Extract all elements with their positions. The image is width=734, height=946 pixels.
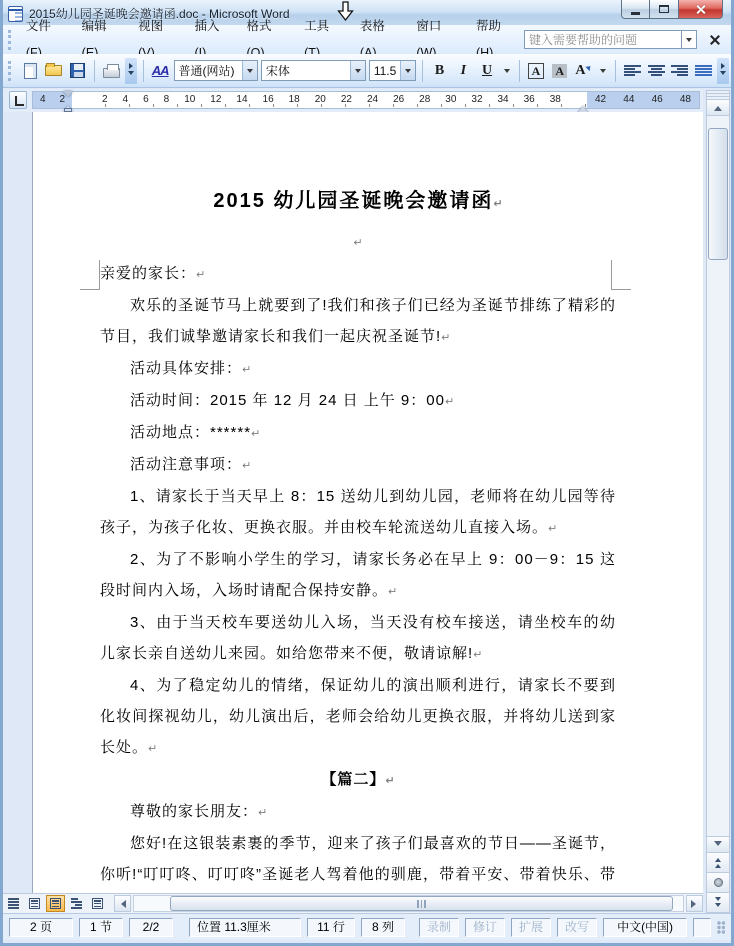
ruler-number: 38 (550, 92, 561, 108)
chevron-down-icon (128, 71, 134, 78)
print-button[interactable] (101, 60, 122, 82)
character-scaling-dropdown-button[interactable] (597, 60, 609, 82)
paragraph-mark: ↵ (445, 395, 454, 408)
save-disk-icon (70, 63, 85, 78)
ruler-number: 48 (680, 92, 691, 108)
line-number-indicator: 11 行 (307, 918, 355, 937)
menu-bar: 文件(F)编辑(E)视图(V)插入(I)格式(O)工具(T)表格(A)窗口(W)… (3, 25, 731, 54)
mode-toggle-button[interactable]: 录制 (419, 918, 459, 937)
arrow-left-icon (117, 900, 126, 908)
reading-layout-icon (92, 898, 103, 909)
character-shading-button[interactable]: A (549, 60, 570, 82)
separator (143, 60, 144, 82)
arrow-right-icon (691, 900, 700, 908)
italic-button[interactable]: I (453, 60, 474, 82)
ruler-number: 36 (524, 92, 535, 108)
doc-paragraph: 活动地点：******↵ (100, 417, 616, 449)
align-center-icon (648, 64, 665, 78)
formatting-toolbar-options-button[interactable] (717, 58, 729, 84)
horizontal-scrollbar-row (3, 893, 703, 913)
toolbar-grip[interactable] (8, 61, 13, 81)
character-shading-icon: A (552, 64, 567, 78)
chevron-down-icon (504, 69, 510, 76)
printer-icon (103, 68, 120, 78)
paragraph-mark: ↵ (242, 459, 251, 472)
paragraph-text: 活动注意事项： (130, 456, 242, 473)
bold-button[interactable]: B (429, 60, 450, 82)
section-indicator: 1 节 (79, 918, 123, 937)
separator (519, 60, 520, 82)
doc-paragraph: 欢乐的圣诞节马上就要到了!我们和孩子们已经为圣诞节排练了精彩的节目，我们诚挚邀请… (100, 290, 616, 353)
maximize-icon (659, 5, 669, 13)
character-scaling-button[interactable]: A (573, 60, 594, 82)
toolbar-grip[interactable] (8, 30, 13, 50)
ruler-number: 24 (367, 92, 378, 108)
italic-icon: I (461, 63, 466, 79)
web-layout-icon (29, 898, 40, 909)
paragraph-text: 尊敬的家长朋友： (130, 803, 258, 820)
scroll-down-button[interactable] (707, 836, 729, 852)
help-question-box (524, 30, 731, 49)
paragraph-text: 您好!在这银装素裹的季节，迎来了孩子们最喜欢的节日——圣诞节，你听!“叮叮咚、叮… (100, 835, 616, 893)
doc-paragraph: 【篇二】↵ (100, 764, 616, 796)
horizontal-ruler: 42 2468101214161820222426283032343638 42… (32, 91, 700, 109)
double-arrow-down-icon (715, 897, 721, 908)
character-border-button[interactable]: A (526, 60, 547, 82)
distributed-align-icon (695, 64, 712, 78)
save-button[interactable] (67, 60, 88, 82)
open-folder-icon (45, 65, 62, 76)
scroll-up-button[interactable] (707, 100, 729, 116)
mode-toggle-button[interactable]: 改写 (557, 918, 597, 937)
help-question-input[interactable] (524, 30, 682, 49)
scroll-left-button[interactable] (114, 895, 131, 912)
character-border-icon: A (528, 63, 545, 79)
ruler-number: 4 (40, 92, 46, 108)
doc-paragraph: 您好!在这银装素裹的季节，迎来了孩子们最喜欢的节日——圣诞节，你听!“叮叮咚、叮… (100, 828, 616, 893)
doc-paragraph: 亲爱的家长：↵ (100, 258, 616, 290)
font-value: 宋体 (262, 62, 350, 79)
double-arrow-up-icon (715, 857, 721, 868)
spelling-status-panel (693, 918, 711, 937)
mouse-cursor (337, 1, 354, 27)
vertical-scroll-track[interactable] (707, 116, 729, 836)
paragraph-text: 3、由于当天校车要送幼儿入场，当天没有校车接送，请坐校车的幼儿家长亲自送幼儿来园… (100, 614, 616, 662)
next-page-button[interactable] (707, 892, 729, 912)
ruler-number: 16 (263, 92, 274, 108)
window-controls (621, 0, 723, 19)
ruler-number: 32 (471, 92, 482, 108)
paragraph-mark: ↵ (258, 806, 267, 819)
reading-layout-view-button[interactable] (88, 895, 107, 912)
styles-icon: AA (152, 63, 169, 78)
paragraph-mark: ↵ (493, 197, 502, 210)
underline-button[interactable]: U (477, 60, 498, 82)
bold-icon: B (435, 63, 444, 79)
document-area: 2015 幼儿园圣诞晚会邀请函↵ ↵ 亲爱的家长：↵ 欢乐的圣诞节马上就要到了!… (3, 112, 703, 893)
paragraph-mark: ↵ (473, 648, 482, 661)
chevron-right-icon (129, 63, 136, 69)
margin-crop-mark-left (80, 260, 100, 290)
ruler-number: 30 (445, 92, 456, 108)
chevron-down-icon (405, 69, 411, 76)
print-layout-icon (50, 898, 61, 909)
close-document-button[interactable] (707, 32, 723, 48)
ruler-number: 26 (393, 92, 404, 108)
minimize-button[interactable] (621, 0, 650, 19)
column-number-indicator: 8 列 (361, 918, 405, 937)
align-center-button[interactable] (646, 60, 667, 82)
previous-page-button[interactable] (707, 852, 729, 872)
paragraph-text: 4、为了稳定幼儿的情绪，保证幼儿的演出顺利进行，请家长不要到化妆间探视幼儿，幼儿… (100, 677, 616, 756)
font-size-combo[interactable]: 11.5 (369, 60, 416, 81)
doc-paragraph: 2015 幼儿园圣诞晚会邀请函↵ (100, 182, 616, 222)
underline-icon: U (482, 63, 492, 79)
ruler-number: 10 (184, 92, 195, 108)
separator (615, 60, 616, 82)
maximize-button[interactable] (650, 0, 678, 19)
paragraph-text: 1、请家长于当天早上 8：15 送幼儿到幼儿园，老师将在幼儿园等待孩子，为孩子化… (100, 488, 616, 536)
arrow-up-icon (714, 102, 722, 111)
new-document-button[interactable] (20, 60, 41, 82)
vertical-scrollbar (706, 90, 730, 913)
resize-grip[interactable] (717, 921, 725, 934)
paragraph-mark: ↵ (388, 585, 397, 598)
underline-dropdown-button[interactable] (500, 60, 512, 82)
tab-stop-selector[interactable] (9, 91, 27, 109)
doc-paragraph: 活动具体安排：↵ (100, 353, 616, 385)
chevron-right-icon (721, 63, 728, 69)
standard-toolbar-options-button[interactable] (125, 58, 137, 84)
ruler-number: 14 (236, 92, 247, 108)
separator (422, 60, 423, 82)
doc-paragraph: 4、为了稳定幼儿的情绪，保证幼儿的演出顺利进行，请家长不要到化妆间探视幼儿，幼儿… (100, 670, 616, 764)
font-size-dropdown-button[interactable] (400, 61, 415, 80)
ruler-number: 20 (315, 92, 326, 108)
doc-paragraph: 活动时间：2015 年 12 月 24 日 上午 9：00↵ (100, 385, 616, 417)
arrow-down-icon (714, 841, 722, 850)
paragraph-mark: ↵ (196, 268, 205, 281)
page-of-total-indicator: 2/2 (129, 918, 173, 937)
paragraph-text: 活动时间：2015 年 12 月 24 日 上午 9：00 (130, 392, 445, 409)
align-right-icon (671, 64, 688, 78)
doc-paragraph: 2、为了不影响小学生的学习，请家长务必在早上 9：00－9：15 这段时间内入场… (100, 544, 616, 607)
print-layout-view-button[interactable] (46, 895, 65, 912)
chevron-down-icon (720, 71, 726, 78)
doc-paragraph: 活动注意事项：↵ (100, 449, 616, 481)
doc-paragraph: ↵ (100, 226, 616, 258)
distributed-align-button[interactable] (693, 60, 714, 82)
align-right-button[interactable] (669, 60, 690, 82)
horizontal-scroll-thumb[interactable] (170, 896, 673, 911)
chevron-down-icon (355, 69, 361, 76)
ruler-number: 2 (102, 92, 108, 108)
split-window-handle[interactable] (707, 91, 729, 100)
ruler-text-area: 2468101214161820222426283032343638 (72, 92, 587, 108)
chevron-down-icon (600, 69, 606, 76)
web-layout-view-button[interactable] (25, 895, 44, 912)
vertical-scroll-thumb[interactable] (708, 128, 728, 260)
ruler-number: 22 (341, 92, 352, 108)
paragraph-text: 欢乐的圣诞节马上就要到了!我们和孩子们已经为圣诞节排练了精彩的节目，我们诚挚邀请… (100, 297, 616, 345)
ruler-row: 42 2468101214161820222426283032343638 42… (3, 89, 703, 112)
close-icon (695, 4, 706, 15)
paragraph-mark: ↵ (548, 522, 557, 535)
style-value: 普通(网站) (175, 62, 242, 79)
style-dropdown-button[interactable] (242, 61, 257, 80)
paragraph-mark: ↵ (353, 236, 362, 249)
paragraph-mark: ↵ (441, 331, 450, 344)
cursor-position-indicator: 位置 11.3厘米 (189, 918, 301, 937)
ruler-number: 46 (652, 92, 663, 108)
horizontal-scroll-track[interactable] (133, 895, 684, 912)
separator (94, 60, 95, 82)
paragraph-mark: ↵ (251, 427, 260, 440)
document-body[interactable]: 2015 幼儿园圣诞晚会邀请函↵ ↵ 亲爱的家长：↵ 欢乐的圣诞节马上就要到了!… (100, 182, 616, 893)
mode-toggle-button[interactable]: 扩展 (511, 918, 551, 937)
help-dropdown-button[interactable] (682, 30, 697, 49)
scroll-right-button[interactable] (686, 895, 703, 912)
browse-object-icon (714, 878, 723, 887)
ruler-number: 4 (123, 92, 129, 108)
doc-paragraph: 1、请家长于当天早上 8：15 送幼儿到幼儿园，老师将在幼儿园等待孩子，为孩子化… (100, 481, 616, 544)
normal-view-icon (8, 898, 19, 909)
formatting-toolbar: AA 普通(网站) 宋体 11.5 B I U A A A (3, 54, 731, 88)
ruler-number: 42 (595, 92, 606, 108)
paragraph-text: 2、为了不影响小学生的学习，请家长务必在早上 9：00－9：15 这段时间内入场… (100, 551, 616, 599)
character-scaling-icon: A (575, 63, 591, 79)
menu-items: 文件(F)编辑(E)视图(V)插入(I)格式(O)工具(T)表格(A)窗口(W)… (17, 25, 524, 54)
style-combo[interactable]: 普通(网站) (174, 60, 258, 81)
paragraph-text: 活动具体安排： (130, 360, 242, 377)
ruler-number: 18 (289, 92, 300, 108)
new-document-icon (24, 63, 37, 79)
font-combo[interactable]: 宋体 (261, 60, 366, 81)
ruler-number: 8 (164, 92, 170, 108)
paragraph-text: 2015 幼儿园圣诞晚会邀请函 (213, 190, 493, 212)
ruler-number: 6 (143, 92, 149, 108)
doc-paragraph: 尊敬的家长朋友：↵ (100, 796, 616, 828)
document-page[interactable]: 2015 幼儿园圣诞晚会邀请函↵ ↵ 亲爱的家长：↵ 欢乐的圣诞节马上就要到了!… (32, 112, 703, 893)
status-bar: 2 页 1 节 2/2 位置 11.3厘米 11 行 8 列 录制修订扩展改写 … (3, 913, 731, 940)
paragraph-mark: ↵ (242, 363, 251, 376)
chevron-down-icon (686, 38, 692, 45)
font-size-value: 11.5 (370, 64, 400, 78)
align-left-button[interactable] (622, 60, 643, 82)
open-button[interactable] (44, 60, 65, 82)
ruler-right-margin: 42444648 (587, 92, 699, 108)
ruler-number: 12 (210, 92, 221, 108)
ruler-number: 44 (623, 92, 634, 108)
font-dropdown-button[interactable] (350, 61, 365, 80)
select-browse-object-button[interactable] (707, 872, 729, 892)
paragraph-mark: ↵ (148, 742, 157, 755)
paragraph-mark: ↵ (385, 774, 394, 787)
minimize-icon (631, 12, 640, 15)
mode-toggles: 录制修订扩展改写 (419, 918, 597, 937)
outline-view-button[interactable] (67, 895, 86, 912)
align-left-icon (624, 64, 641, 78)
chevron-down-icon (247, 69, 253, 76)
doc-paragraph: 3、由于当天校车要送幼儿入场，当天没有校车接送，请坐校车的幼儿家长亲自送幼儿来园… (100, 607, 616, 670)
styles-and-formatting-button[interactable]: AA (150, 60, 171, 82)
word-window: 2015幼儿园圣诞晚会邀请函.doc - Microsoft Word 文件(F… (0, 0, 734, 946)
outline-view-icon (71, 898, 82, 909)
language-indicator[interactable]: 中文(中国) (603, 918, 687, 937)
paragraph-text: 活动地点：****** (130, 424, 251, 441)
paragraph-text: 亲爱的家长： (100, 265, 196, 282)
paragraph-text: 【篇二】 (321, 771, 385, 788)
ruler-number: 28 (419, 92, 430, 108)
close-button[interactable] (678, 0, 723, 19)
page-number-indicator: 2 页 (9, 918, 73, 937)
mode-toggle-button[interactable]: 修订 (465, 918, 505, 937)
ruler-number: 34 (498, 92, 509, 108)
normal-view-button[interactable] (4, 895, 23, 912)
